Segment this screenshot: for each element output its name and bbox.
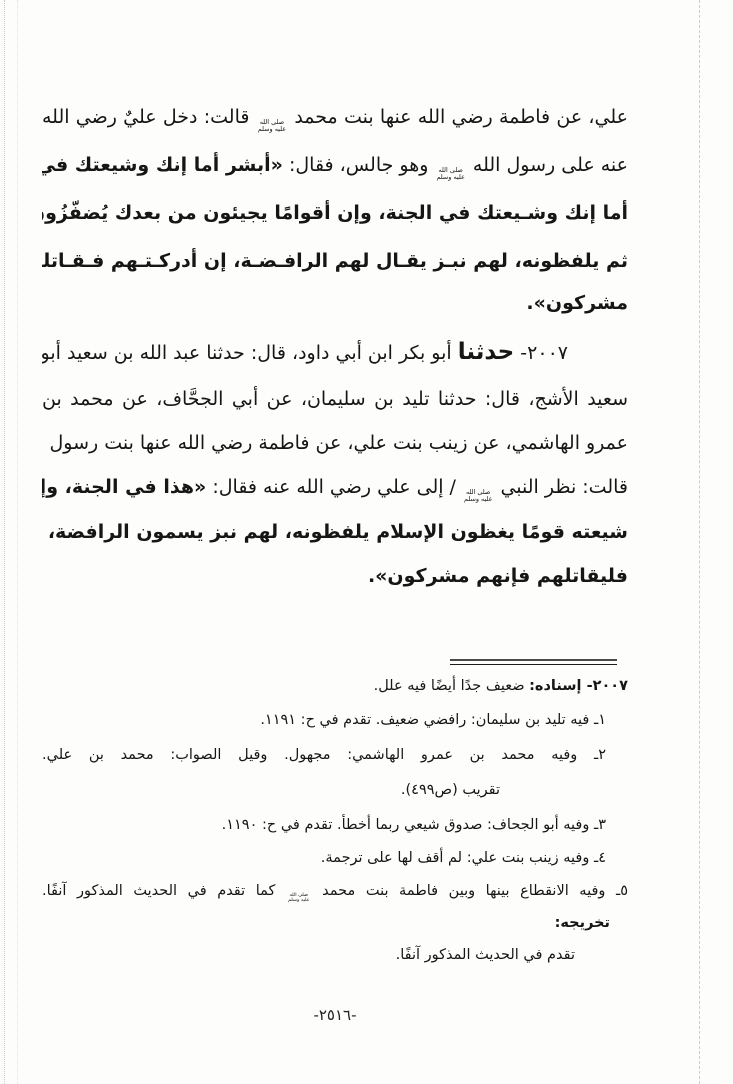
text-segment: تقريب (ص٤٩٩).	[401, 782, 500, 798]
text-segment: ضعيف جدًا أيضًا فيه علل.	[374, 678, 530, 694]
isnad-grading-label: ٢٠٠٧- إسناده:	[529, 678, 628, 694]
scan-artifact-line	[17, 0, 18, 1084]
footnote-item: ١ـ فيه تليد بن سليمان: رافضي ضعيف. تقدم …	[42, 707, 628, 733]
footnote-header: ٢٠٠٧- إسناده: ضعيف جدًا أيضًا فيه علل.	[42, 673, 628, 699]
takhrij-body: تقدم في الحديث المذكور آنفًا.	[42, 942, 628, 968]
takhrij-heading: تخريجه:	[42, 910, 628, 936]
page-number: -٢٥١٦-	[42, 1006, 628, 1024]
footnote-item: ٣ـ وفيه أبو الجحاف: صدوق شيعي ربما أخطأ.…	[42, 812, 628, 838]
text-segment: ٥ـ وفيه الانقطاع بينها وبين فاطمة بنت مح…	[312, 883, 628, 899]
text-segment: تخريجه:	[555, 915, 610, 931]
text-segment: كما تقدم في الحديث المذكور آنفًا.	[42, 883, 286, 899]
text-segment: ٤ـ وفيه زينب بنت علي: لم أقف لها على ترج…	[321, 850, 606, 866]
text-segment: تقدم في الحديث المذكور آنفًا.	[396, 947, 575, 963]
scanned-book-page: علي، عن فاطمة رضي الله عنها بنت محمد صلى…	[0, 0, 733, 1084]
footnote-continuation: تقريب (ص٤٩٩).	[42, 777, 628, 803]
pbuh-mark: صلى اللهعليه وسلم	[288, 893, 310, 904]
footnote-item: ٤ـ وفيه زينب بنت علي: لم أقف لها على ترج…	[42, 845, 628, 871]
pbuh-bottom: عليه وسلم	[288, 898, 310, 904]
text-segment: ٢ـ وفيه محمد بن عمرو الهاشمي: مجهول. وقي…	[42, 747, 606, 763]
footnotes-section: ٢٠٠٧- إسناده: ضعيف جدًا أيضًا فيه علل. ١…	[42, 0, 628, 1084]
scan-artifact-line	[699, 0, 700, 1084]
scan-artifact-line	[4, 0, 5, 1084]
page-number-value: -٢٥١٦-	[313, 1006, 356, 1024]
text-segment: ٣ـ وفيه أبو الجحاف: صدوق شيعي ربما أخطأ.…	[222, 817, 606, 833]
text-segment: ١ـ فيه تليد بن سليمان: رافضي ضعيف. تقدم …	[260, 712, 606, 728]
footnote-item: ٢ـ وفيه محمد بن عمرو الهاشمي: مجهول. وقي…	[42, 742, 628, 768]
footnote-item: ٥ـ وفيه الانقطاع بينها وبين فاطمة بنت مح…	[42, 878, 628, 904]
